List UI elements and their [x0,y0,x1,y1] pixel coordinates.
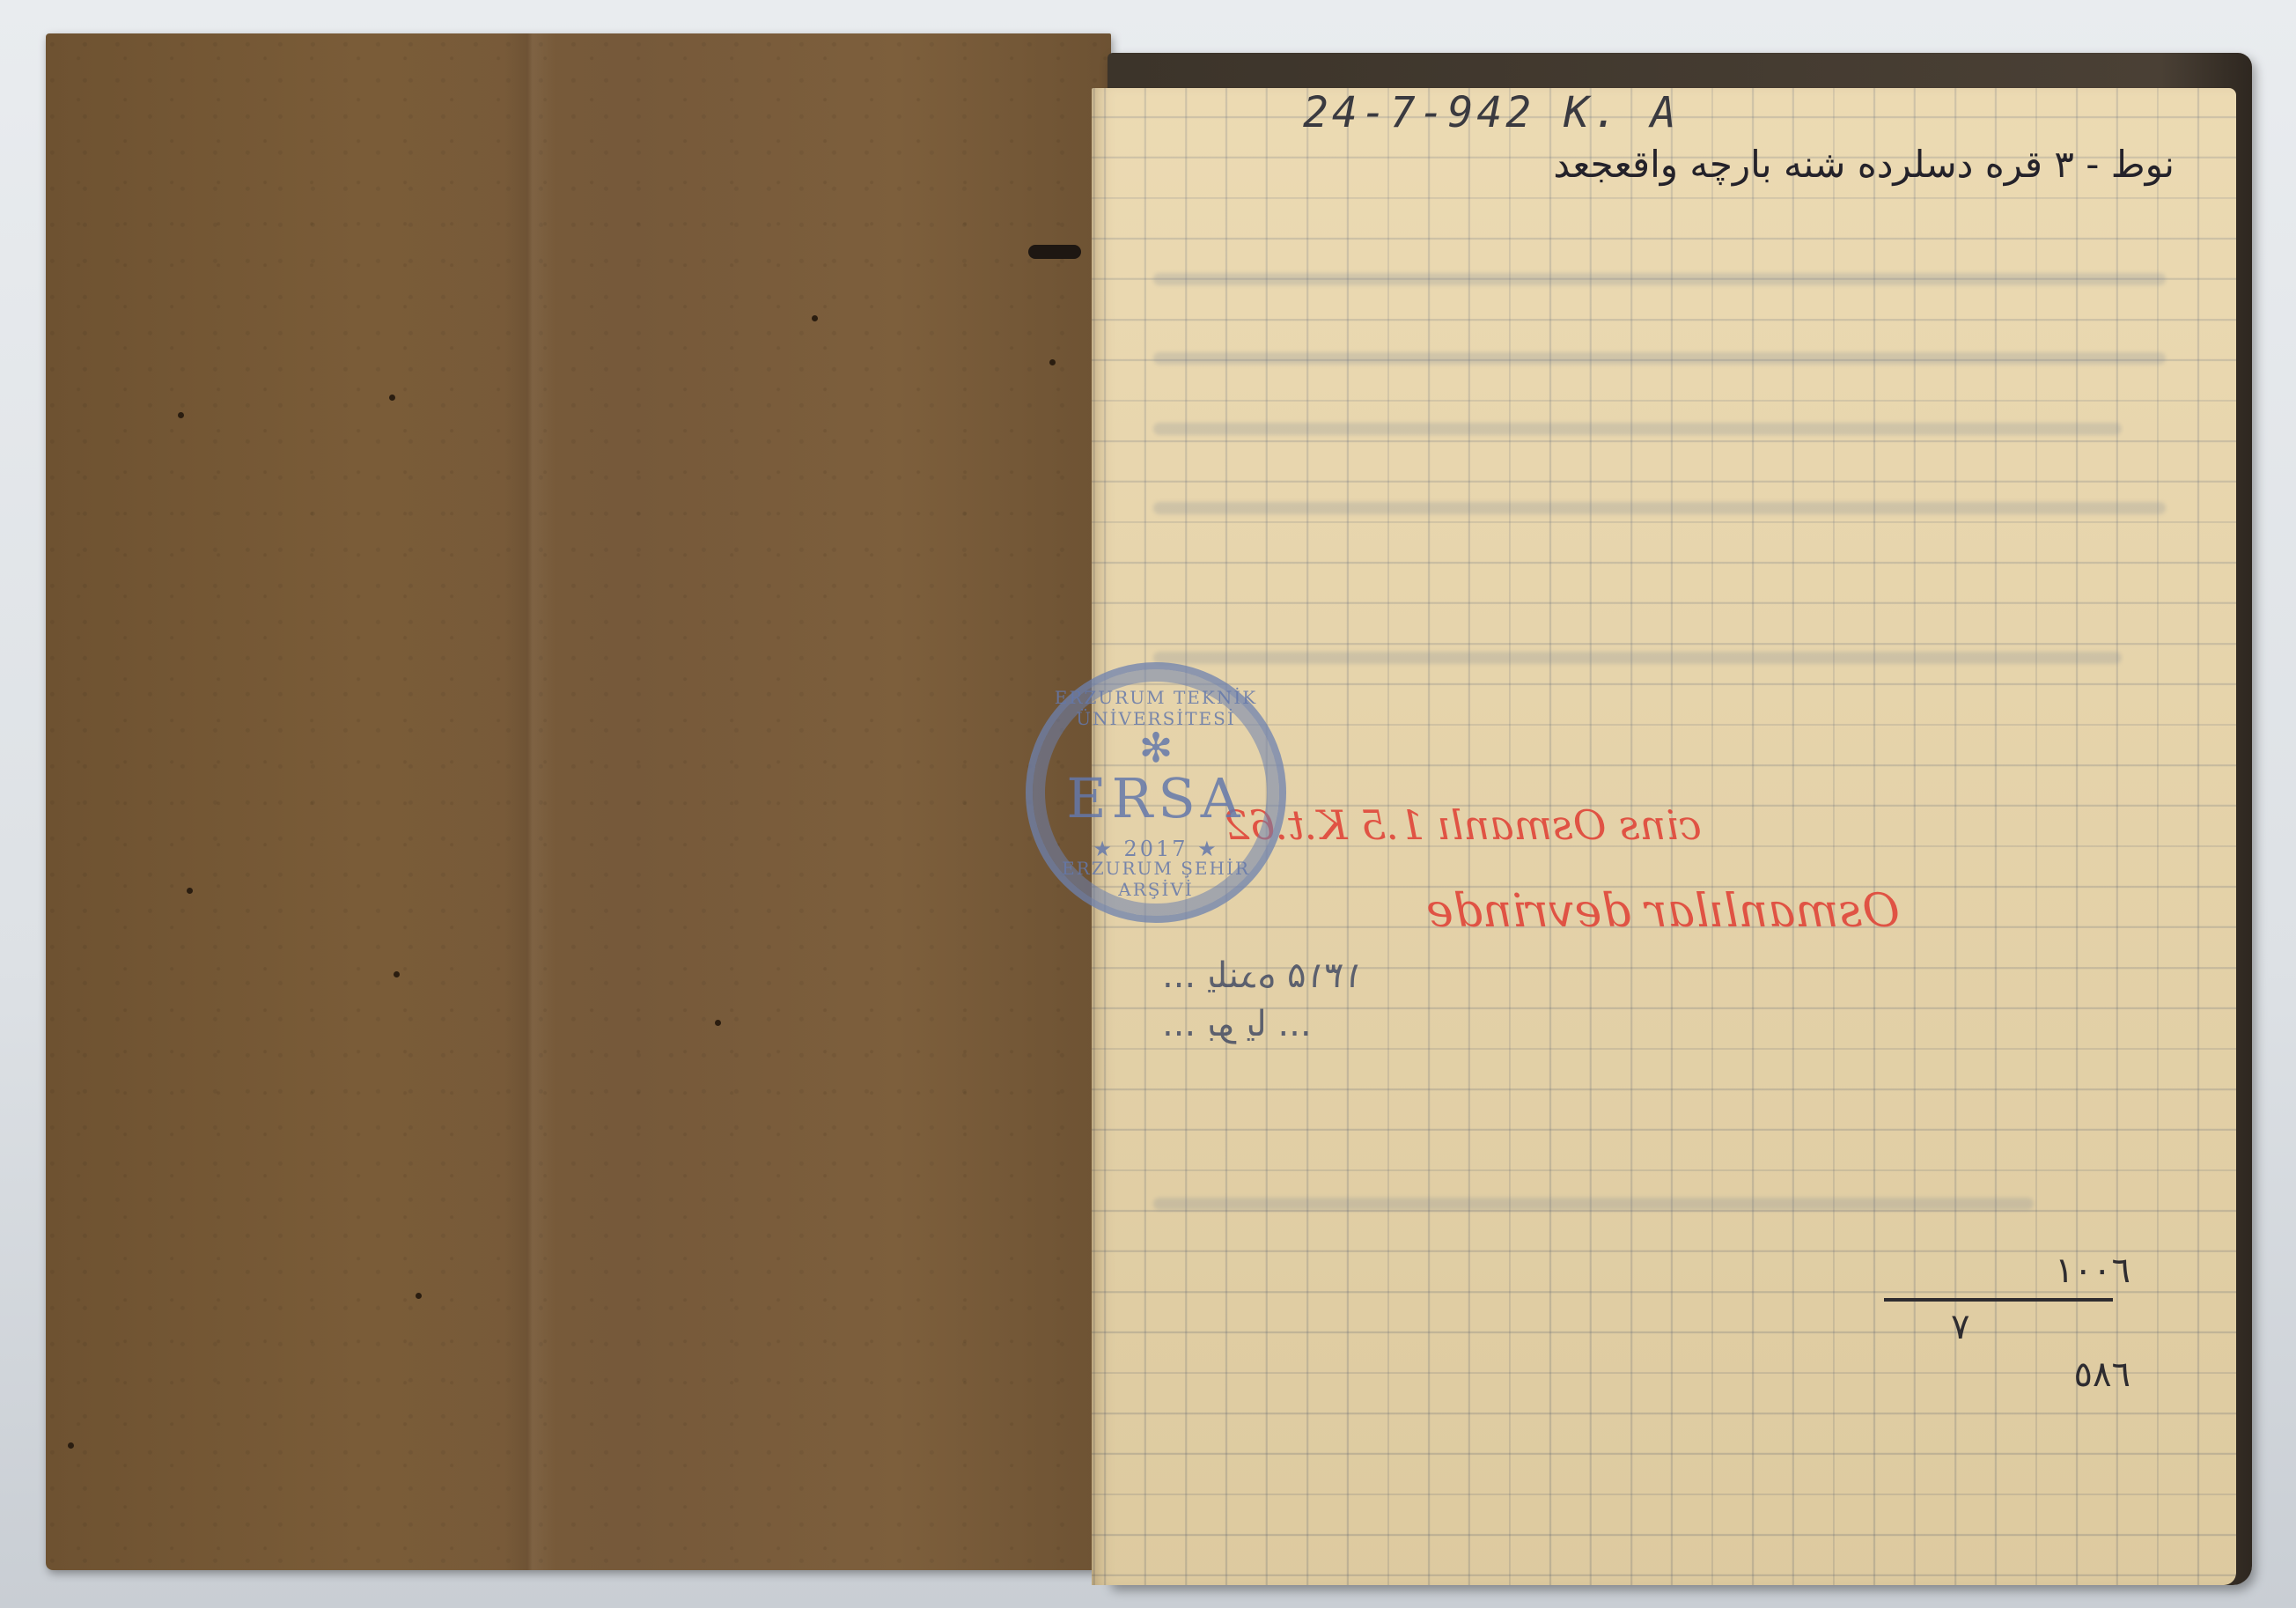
faded-line [1153,1198,2034,1210]
stamp-ring-top: ERZURUM TEKNİK ÜNİVERSİTESİ [1033,687,1279,729]
cover-speck [394,971,400,977]
page-date: 24-7-942 K. A [1303,88,1680,137]
cover-fold [504,33,556,1570]
cover-speck [178,412,184,418]
cover-speck [68,1442,74,1449]
division-bar [1884,1298,2113,1302]
result: ٥٨٦ [1902,1354,2130,1398]
notebook-cover [46,33,1111,1570]
stamp-ring-bottom: ERZURUM ŞEHİR ARŞİVİ [1033,858,1279,900]
cover-speck [187,888,193,894]
dividend: ١٠٠٦ [1902,1250,2130,1295]
faded-line [1153,352,2166,365]
faded-line [1153,273,2166,285]
red-bleedthrough-line-2: Osmanlılar devrinde [1426,885,1900,938]
archive-stamp: ERZURUM TEKNİK ÜNİVERSİTESİ ✻ ERSA ★ 201… [1026,662,1286,923]
divisor: ٧ [1902,1307,2130,1354]
cover-speck [715,1020,721,1026]
blue-handwriting-line-2: ... بو يا ... [1162,1004,1312,1044]
snowflake-emblem-icon: ✻ [1033,724,1279,771]
faded-line [1153,502,2166,514]
cover-speck [812,315,818,321]
cover-speck [389,395,395,401]
notebook-photo: 24-7-942 K. A نوط - ٣ قره دسلرده شنه بار… [0,0,2296,1608]
faded-line [1153,652,2122,664]
stamp-title: ERSA [1033,766,1279,830]
cover-speck [416,1293,422,1299]
blue-handwriting-line-1: ۱۳۱۵ يلنده ... [1162,955,1363,996]
ink-blot [1028,245,1081,259]
cover-speck [1049,359,1056,365]
red-bleedthrough-line-1: cins Osmanlı 1.5 K.t.62 [1224,801,1702,849]
arithmetic-calculation: ١٠٠٦ ٧ ٥٨٦ [1902,1250,2130,1398]
ottoman-note: نوط - ٣ قره دسلرده شنه بارچه واقعجعد [1553,143,2175,186]
faded-line [1153,423,2122,435]
